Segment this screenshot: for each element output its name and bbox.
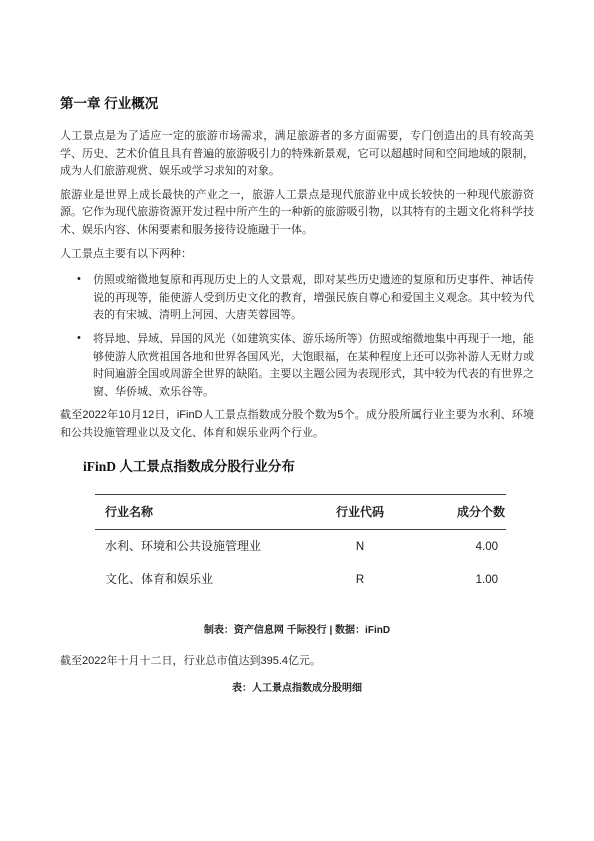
cell-constituent-count: 1.00 [420,573,506,588]
cell-constituent-count: 4.00 [420,540,506,555]
list-item: • 仿照或缩微地复原和再现历史上的人文景观，即对某些历史遗迹的复原和历史事件、神… [60,272,534,325]
table-row: 水利、环境和公共设施管理业 N 4.00 [95,530,506,563]
cell-industry-code: R [300,573,420,588]
next-table-caption: 表：人工景点指数成分股明细 [60,682,534,695]
list-item: • 将异地、异域、异国的风光（如建筑实体、游乐场所等）仿照或缩微地集中再现于一地… [60,331,534,401]
column-header-industry-code: 行业代码 [300,505,420,520]
bullet-icon: • [77,330,81,348]
bullet-list: • 仿照或缩微地复原和再现历史上的人文景观，即对某些历史遗迹的复原和历史事件、神… [60,272,534,401]
paragraph-constituents: 截至2022年10月12日，iFinD人工景点指数成分股个数为5个。成分股所属行… [60,407,534,442]
bullet-icon: • [77,271,81,289]
bullet-text-historical: 仿照或缩微地复原和再现历史上的人文景观，即对某些历史遗迹的复原和历史事件、神话传… [93,274,534,321]
industry-distribution-table: 行业名称 行业代码 成分个数 水利、环境和公共设施管理业 N 4.00 文化、体… [95,494,506,596]
cell-industry-name: 水利、环境和公共设施管理业 [95,539,300,554]
bullet-text-scenery: 将异地、异域、异国的风光（如建筑实体、游乐场所等）仿照或缩微地集中再现于一地，能… [93,333,534,398]
cell-industry-name: 文化、体育和娱乐业 [95,572,300,587]
paragraph-definition: 人工景点是为了适应一定的旅游市场需求，满足旅游者的多方面需要，专门创造出的具有较… [60,128,534,181]
report-page: 第一章 行业概况 人工景点是为了适应一定的旅游市场需求，满足旅游者的多方面需要，… [0,0,594,841]
paragraph-market-cap: 截至2022年十月十二日，行业总市值达到395.4亿元。 [60,654,534,668]
list-intro: 人工景点主要有以下两种： [60,246,534,264]
column-header-industry-name: 行业名称 [95,505,300,520]
chapter-heading: 第一章 行业概况 [60,96,534,112]
cell-industry-code: N [300,540,420,555]
table-header-row: 行业名称 行业代码 成分个数 [95,495,506,530]
page-content: 第一章 行业概况 人工景点是为了适应一定的旅游市场需求，满足旅游者的多方面需要，… [0,0,594,695]
column-header-constituent-count: 成分个数 [420,505,506,520]
table-row: 文化、体育和娱乐业 R 1.00 [95,563,506,596]
paragraph-industry-growth: 旅游业是世界上成长最快的产业之一，旅游人工景点是现代旅游业中成长较快的一种现代旅… [60,187,534,240]
table-source-note: 制表：资产信息网 千际投行 | 数据：iFinD [60,624,534,637]
table-title: iFinD 人工景点指数成分股行业分布 [83,457,534,476]
